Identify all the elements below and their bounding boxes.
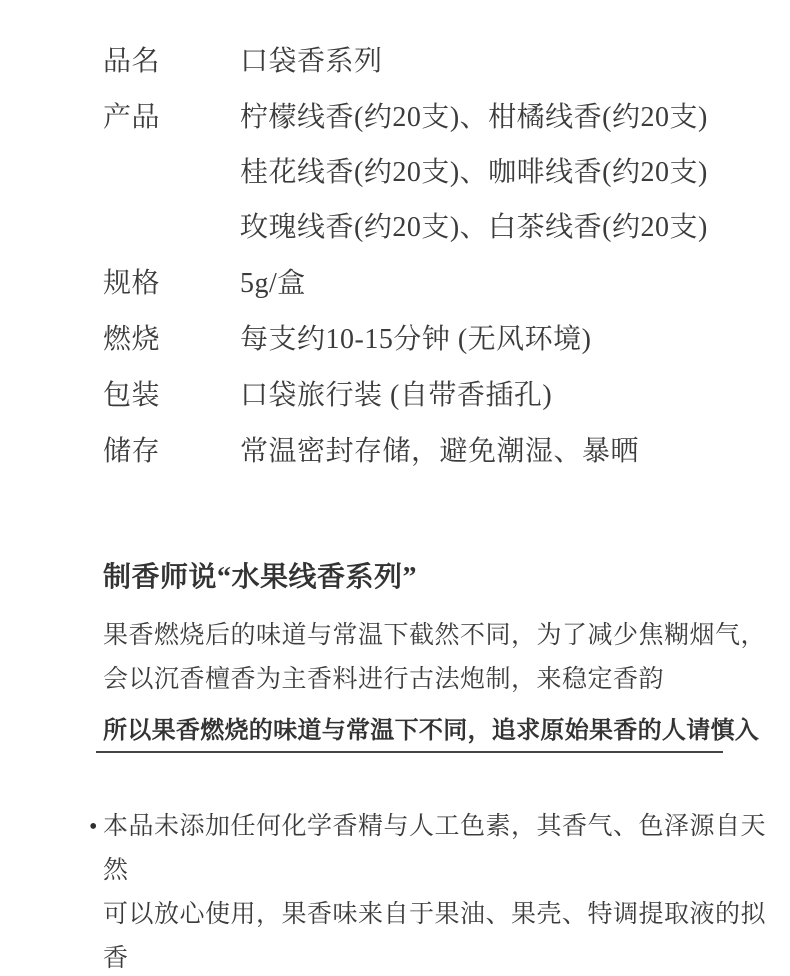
spec-value: 每支约10-15分钟 (无风环境) — [240, 325, 770, 355]
spec-row-storage: 储存 常温密封存储，避免潮湿、暴晒 — [103, 437, 770, 467]
spec-value-line: 玫瑰线香(约20支)、白茶线香(约20支) — [240, 213, 770, 243]
spec-row-size: 规格 5g/盒 — [103, 269, 770, 299]
maker-note-body: 果香燃烧后的味道与常温下截然不同，为了减少焦糊烟气， 会以沉香檀香为主香料进行古… — [103, 614, 770, 702]
spec-value: 口袋香系列 — [240, 47, 770, 77]
spec-value-line: 每支约10-15分钟 (无风环境) — [240, 325, 770, 355]
horizontal-divider — [96, 751, 723, 753]
spec-label: 产品 — [103, 103, 240, 133]
spec-label: 品名 — [103, 47, 240, 77]
maker-note-body-line: 会以沉香檀香为主香料进行古法炮制，来稳定香韵 — [103, 658, 770, 702]
spec-row-name: 品名 口袋香系列 — [103, 47, 770, 77]
product-detail-page: 品名 口袋香系列 产品 柠檬线香(约20支)、柑橘线香(约20支) 桂花线香(约… — [0, 0, 790, 976]
spec-value: 柠檬线香(约20支)、柑橘线香(约20支) 桂花线香(约20支)、咖啡线香(约2… — [240, 103, 770, 243]
disclaimer-line: 本品未添加任何化学香精与人工色素，其香气、色泽源自天然 — [103, 805, 770, 893]
maker-note-warning: 所以果香燃烧的味道与常温下不同，追求原始果香的人请慎入 — [103, 716, 770, 746]
spec-label: 规格 — [103, 269, 240, 299]
spec-value: 5g/盒 — [240, 269, 770, 299]
spec-row-burn: 燃烧 每支约10-15分钟 (无风环境) — [103, 325, 770, 355]
disclaimer-text: 本品未添加任何化学香精与人工色素，其香气、色泽源自天然 可以放心使用，果香味来自… — [103, 805, 770, 976]
spec-value-line: 口袋香系列 — [240, 47, 770, 77]
spec-label: 燃烧 — [103, 325, 240, 355]
bullet-icon: • — [89, 805, 103, 849]
spec-label: 包装 — [103, 381, 240, 411]
spec-value-line: 柠檬线香(约20支)、柑橘线香(约20支) — [240, 103, 770, 133]
spec-row-products: 产品 柠檬线香(约20支)、柑橘线香(约20支) 桂花线香(约20支)、咖啡线香… — [103, 103, 770, 243]
spec-value-line: 常温密封存储，避免潮湿、暴晒 — [240, 437, 770, 467]
spec-value: 常温密封存储，避免潮湿、暴晒 — [240, 437, 770, 467]
disclaimer-line: 可以放心使用，果香味来自于果油、果壳、特调提取液的拟香 — [103, 893, 770, 976]
spec-value-line: 5g/盒 — [240, 269, 770, 299]
disclaimer-section: • 本品未添加任何化学香精与人工色素，其香气、色泽源自天然 可以放心使用，果香味… — [103, 805, 770, 976]
maker-note-heading: 制香师说“水果线香系列” — [103, 562, 770, 594]
spec-value-line: 桂花线香(约20支)、咖啡线香(约20支) — [240, 158, 770, 188]
spec-row-package: 包装 口袋旅行装 (自带香插孔) — [103, 381, 770, 411]
spec-label: 储存 — [103, 437, 240, 467]
spec-value-line: 口袋旅行装 (自带香插孔) — [240, 381, 770, 411]
spec-table: 品名 口袋香系列 产品 柠檬线香(约20支)、柑橘线香(约20支) 桂花线香(约… — [103, 47, 770, 467]
spec-value: 口袋旅行装 (自带香插孔) — [240, 381, 770, 411]
maker-note-section: 制香师说“水果线香系列” 果香燃烧后的味道与常温下截然不同，为了减少焦糊烟气， … — [103, 562, 770, 753]
maker-note-body-line: 果香燃烧后的味道与常温下截然不同，为了减少焦糊烟气， — [103, 614, 770, 658]
